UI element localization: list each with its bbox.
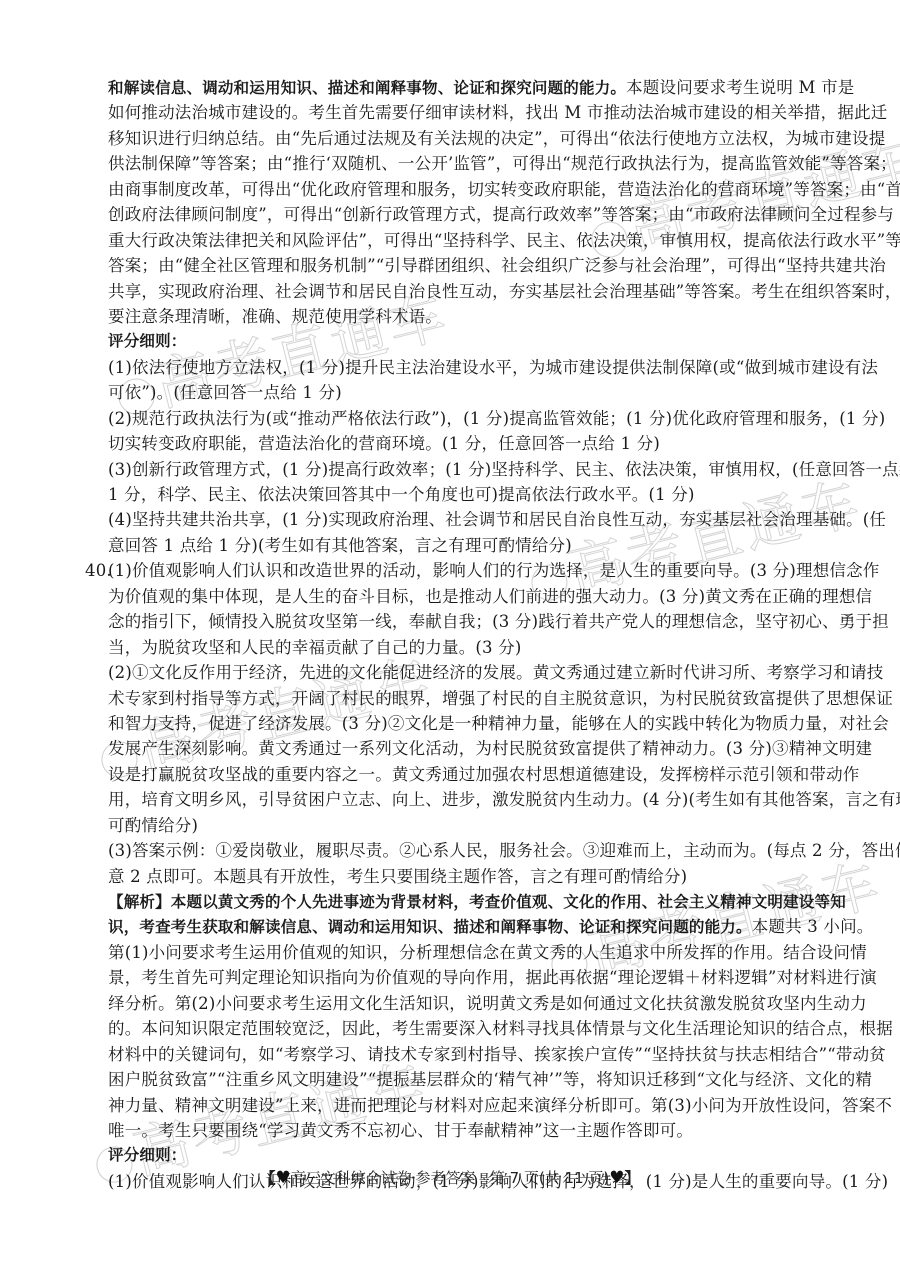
- text-line: 重大行政决策法律把关和风险评估”，可得出“坚持科学、民主、依法决策，审慎用权，提…: [108, 228, 810, 253]
- text-line: 共享，实现政府治理、社会调节和居民自治良性互动，夯实基层社会治理基础”等答案。考…: [108, 279, 810, 304]
- answer-line: 念的指引下，倾情投入脱贫攻坚第一线，奉献自我；(3 分)践行着共产党人的理想信念…: [108, 609, 810, 634]
- scoring-line: (3)创新行政管理方式，(1 分)提高行政效率；(1 分)坚持科学、民主、依法决…: [108, 457, 810, 482]
- scoring-line: (4)坚持共建共治共享，(1 分)实现政府治理、社会调节和居民自治良性互动，夯实…: [108, 507, 810, 532]
- answer-line: (2)①文化反作用于经济，先进的文化能促进经济的发展。黄文秀通过建立新时代讲习所…: [108, 660, 810, 685]
- scoring-line: 可依”)。(任意回答一点给 1 分): [108, 380, 810, 405]
- question-number: 40.: [85, 558, 112, 583]
- answer-page: 和解读信息、调动和运用知识、描述和阐释事物、论证和探究问题的能力。本题设问要求考…: [108, 75, 810, 1194]
- analysis-line: 神力量、精神文明建设”上来，进而把理论与材料对应起来演绎分析即可。第(3)小问为…: [108, 1093, 810, 1118]
- text-line: 供法制保障”等答案；由“推行‘双随机、一公开’监管”，可得出“规范行政执法行为，…: [108, 151, 810, 176]
- answer-line: (3)答案示例：①爱岗敬业，履职尽责。②心系人民，服务社会。③迎难而上，主动而为…: [108, 838, 810, 863]
- page-footer: 【♥高三文科综合试卷·参考答案 第 7 页(共 11 页)♥】: [0, 1166, 900, 1190]
- analysis-line: 识，考查考生获取和解读信息、调动和运用知识、描述和阐释事物、论证和探究问题的能力…: [108, 914, 810, 939]
- scoring-line: 意回答 1 点给 1 分)(考生如有其他答案，言之有理可酌情给分): [108, 533, 810, 558]
- answer-line: 发展产生深刻影响。黄文秀通过一系列文化活动，为村民脱贫致富提供了精神动力。(3 …: [108, 736, 810, 761]
- text-line: 如何推动法治城市建设的。考生首先需要仔细审读材料，找出 M 市推动法治城市建设的…: [108, 100, 810, 125]
- scoring-heading: 评分细则：: [108, 1143, 810, 1168]
- answer-line: 意 2 点即可。本题具有开放性，考生只要围绕主题作答，言之有理可酌情给分): [108, 864, 810, 889]
- question-40: 40.(1)价值观影响人们认识和改造世界的活动，影响人们的行为选择，是人生的重要…: [108, 558, 810, 889]
- answer-line: 40.(1)价值观影响人们认识和改造世界的活动，影响人们的行为选择，是人生的重要…: [108, 558, 810, 583]
- scoring-heading: 评分细则：: [108, 329, 810, 354]
- answer-line: 设是打赢脱贫攻坚战的重要内容之一。黄文秀通过加强农村思想道德建设，发挥榜样示范引…: [108, 762, 810, 787]
- analysis-line: 的。本问知识限定范围较宽泛，因此，考生需要深入材料寻找具体情景与文化生活理论知识…: [108, 1016, 810, 1041]
- text-line: 移知识进行归纳总结。由“先后通过法规及有关法规的决定”，可得出“依法行使地方立法…: [108, 126, 810, 151]
- text-line: 要注意条理清晰，准确、规范使用学科术语。: [108, 304, 810, 329]
- answer-line: 用，培育文明乡风，引导贫困户立志、向上、进步，激发脱贫内生动力。(4 分)(考生…: [108, 787, 810, 812]
- answer-line: 当，为脱贫攻坚和人民的幸福贡献了自己的力量。(3 分): [108, 635, 810, 660]
- analysis-line: 第(1)小问要求考生运用价值观的知识，分析理想信念在黄文秀的人生追求中所发挥的作…: [108, 940, 810, 965]
- answer-line: 可酌情给分): [108, 813, 810, 838]
- analysis-line: 困户脱贫致富”“注重乡风文明建设”“提振基层群众的‘精气神’”等，将知识迁移到“…: [108, 1067, 810, 1092]
- footer-title: 高三文科综合试卷·参考答案: [291, 1169, 476, 1187]
- answer-line: 和智力支持，促进了经济发展。(3 分)②文化是一种精神力量，能够在人的实践中转化…: [108, 711, 810, 736]
- answer-line: 术专家到村指导等方式，开阔了村民的眼界，增强了村民的自主脱贫意识，为村民脱贫致富…: [108, 686, 810, 711]
- scoring-rules-39: (1)依法行使地方立法权，(1 分)提升民主法治建设水平，为城市建设提供法制保障…: [108, 355, 810, 559]
- analysis-line: 【解析】本题以黄文秀的个人先进事迹为背景材料，考查价值观、文化的作用、社会主义精…: [108, 889, 810, 914]
- heart-icon: ♥: [275, 1168, 290, 1188]
- text-line: 由商事制度改革，可得出“优化政府管理和服务，切实转变政府职能，营造法治化的营商环…: [108, 177, 810, 202]
- answer-line: 为价值观的集中体现，是人生的奋斗目标，也是推动人们前进的强大动力。(3 分)黄文…: [108, 584, 810, 609]
- analysis-line: 景，考生首先可判定理论知识指向为价值观的导向作用，据此再依据“理论逻辑＋材料逻辑…: [108, 965, 810, 990]
- analysis-line: 唯一。考生只要围绕“学习黄文秀不忘初心、甘于奉献精神”这一主题作答即可。: [108, 1118, 810, 1143]
- page-number: 第 7 页(共 11 页): [490, 1169, 609, 1187]
- text-line: 答案；由“健全社区管理和服务机制”“引导群团组织、社会组织广泛参与社会治理”，可…: [108, 253, 810, 278]
- footer-right-bracket: 】: [625, 1169, 640, 1187]
- intro-paragraph: 和解读信息、调动和运用知识、描述和阐释事物、论证和探究问题的能力。本题设问要求考…: [108, 75, 810, 329]
- scoring-line: (1)依法行使地方立法权，(1 分)提升民主法治建设水平，为城市建设提供法制保障…: [108, 355, 810, 380]
- scoring-line: 1 分，科学、民主、依法决策回答其中一个角度也可)提高依法行政水平。(1 分): [108, 482, 810, 507]
- scoring-line: (2)规范行政执法行为(或“推动严格依法行政”)，(1 分)提高监管效能；(1 …: [108, 406, 810, 431]
- analysis-line: 绎分析。第(2)小问要求考生运用文化生活知识，说明黄文秀是如何通过文化扶贫激发脱…: [108, 991, 810, 1016]
- footer-left-bracket: 【: [260, 1169, 275, 1187]
- analysis-section: 【解析】本题以黄文秀的个人先进事迹为背景材料，考查价值观、文化的作用、社会主义精…: [108, 889, 810, 1143]
- scoring-line: 切实转变政府职能，营造法治化的营商环境。(1 分，任意回答一点给 1 分): [108, 431, 810, 456]
- analysis-line: 材料中的关键词句，如“考察学习、请技术专家到村指导、挨家挨户宣传”“坚持扶贫与扶…: [108, 1042, 810, 1067]
- text-line: 创政府法律顾问制度”，可得出“创新行政管理方式，提高行政效率”等答案；由“市政府…: [108, 202, 810, 227]
- text-line: 和解读信息、调动和运用知识、描述和阐释事物、论证和探究问题的能力。本题设问要求考…: [108, 75, 810, 100]
- heart-icon: ♥: [609, 1168, 624, 1188]
